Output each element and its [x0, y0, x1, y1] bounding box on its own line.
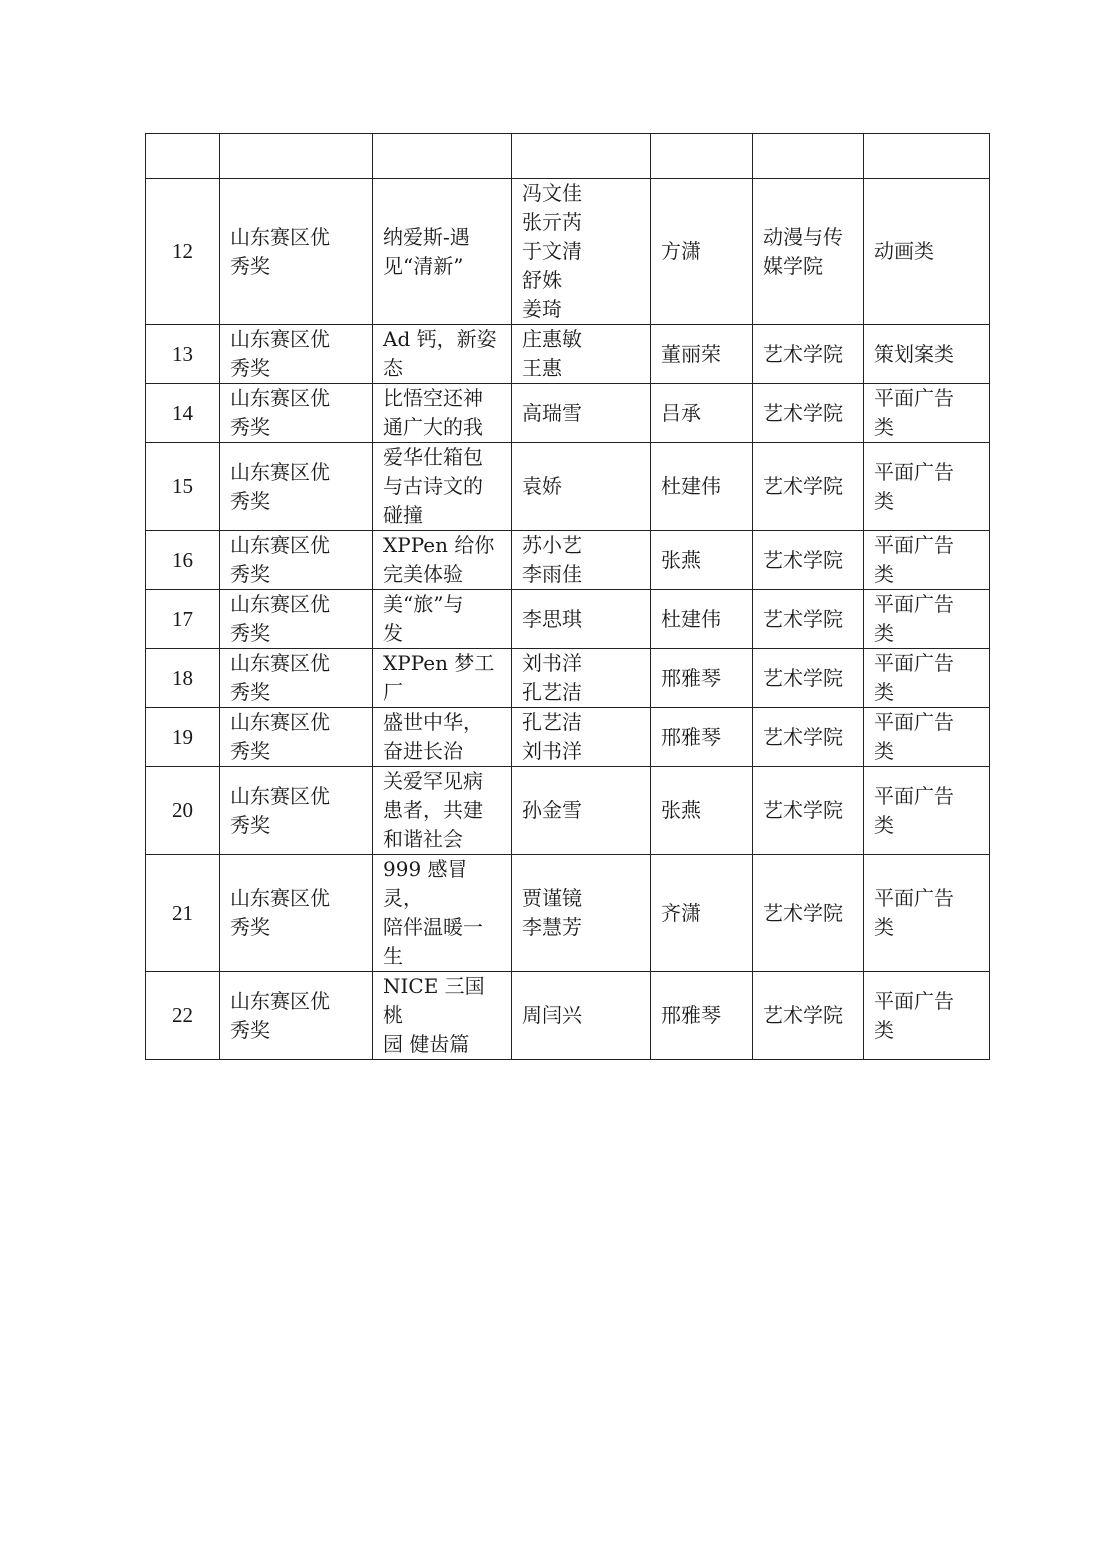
college-name-cell: 艺术学院	[753, 443, 864, 531]
row-number-cell: 13	[146, 325, 220, 384]
work-title-cell: NICE 三国桃 园 健齿篇	[373, 972, 512, 1060]
advisor-name-cell: 张燕	[651, 767, 753, 855]
student-names-cell: 高瑞雪	[512, 384, 651, 443]
student-names-cell: 冯文佳 张亓芮 于文清 舒姝 姜琦	[512, 179, 651, 325]
award-level-cell: 山东赛区优 秀奖	[220, 384, 373, 443]
work-title-cell: 纳爱斯-遇 见“清新”	[373, 179, 512, 325]
award-level-cell: 山东赛区优 秀奖	[220, 179, 373, 325]
advisor-name-cell: 邢雅琴	[651, 649, 753, 708]
table-header-row	[146, 134, 990, 179]
college-name-cell: 艺术学院	[753, 708, 864, 767]
row-number-cell: 20	[146, 767, 220, 855]
table-row: 21山东赛区优 秀奖999 感冒灵， 陪伴温暖一 生贾谨镜 李慧芳齐潇艺术学院平…	[146, 855, 990, 972]
row-number-cell: 12	[146, 179, 220, 325]
college-name-cell: 艺术学院	[753, 855, 864, 972]
work-title-cell: 比悟空还神 通广大的我	[373, 384, 512, 443]
student-names-cell: 苏小艺 李雨佳	[512, 531, 651, 590]
document-page: 12山东赛区优 秀奖纳爱斯-遇 见“清新”冯文佳 张亓芮 于文清 舒姝 姜琦方潇…	[0, 0, 1102, 1559]
header-cell	[512, 134, 651, 179]
work-category-cell: 动画类	[864, 179, 990, 325]
college-name-cell: 艺术学院	[753, 325, 864, 384]
advisor-name-cell: 杜建伟	[651, 590, 753, 649]
table-row: 14山东赛区优 秀奖比悟空还神 通广大的我高瑞雪吕承艺术学院平面广告 类	[146, 384, 990, 443]
work-category-cell: 平面广告 类	[864, 972, 990, 1060]
table-row: 19山东赛区优 秀奖盛世中华， 奋进长治孔艺洁 刘书洋邢雅琴艺术学院平面广告 类	[146, 708, 990, 767]
student-names-cell: 李思琪	[512, 590, 651, 649]
college-name-cell: 艺术学院	[753, 590, 864, 649]
header-cell	[220, 134, 373, 179]
work-title-cell: 盛世中华， 奋进长治	[373, 708, 512, 767]
award-level-cell: 山东赛区优 秀奖	[220, 325, 373, 384]
student-names-cell: 刘书洋 孔艺洁	[512, 649, 651, 708]
student-names-cell: 孔艺洁 刘书洋	[512, 708, 651, 767]
work-category-cell: 平面广告 类	[864, 767, 990, 855]
row-number-cell: 17	[146, 590, 220, 649]
work-category-cell: 平面广告 类	[864, 531, 990, 590]
student-names-cell: 庄惠敏 王惠	[512, 325, 651, 384]
table-row: 20山东赛区优 秀奖关爱罕见病 患者，共建 和谐社会孙金雪张燕艺术学院平面广告 …	[146, 767, 990, 855]
work-title-cell: XPPen 给你 完美体验	[373, 531, 512, 590]
work-category-cell: 平面广告 类	[864, 384, 990, 443]
award-level-cell: 山东赛区优 秀奖	[220, 590, 373, 649]
award-level-cell: 山东赛区优 秀奖	[220, 708, 373, 767]
row-number-cell: 19	[146, 708, 220, 767]
header-cell	[373, 134, 512, 179]
award-level-cell: 山东赛区优 秀奖	[220, 972, 373, 1060]
work-title-cell: XPPen 梦工 厂	[373, 649, 512, 708]
advisor-name-cell: 方潇	[651, 179, 753, 325]
row-number-cell: 16	[146, 531, 220, 590]
table-row: 18山东赛区优 秀奖XPPen 梦工 厂刘书洋 孔艺洁邢雅琴艺术学院平面广告 类	[146, 649, 990, 708]
student-names-cell: 孙金雪	[512, 767, 651, 855]
college-name-cell: 艺术学院	[753, 384, 864, 443]
work-title-cell: 爱华仕箱包 与古诗文的 碰撞	[373, 443, 512, 531]
row-number-cell: 14	[146, 384, 220, 443]
college-name-cell: 艺术学院	[753, 972, 864, 1060]
work-category-cell: 平面广告 类	[864, 855, 990, 972]
student-names-cell: 袁娇	[512, 443, 651, 531]
advisor-name-cell: 邢雅琴	[651, 708, 753, 767]
table-row: 22山东赛区优 秀奖NICE 三国桃 园 健齿篇周闫兴邢雅琴艺术学院平面广告 类	[146, 972, 990, 1060]
college-name-cell: 艺术学院	[753, 531, 864, 590]
award-level-cell: 山东赛区优 秀奖	[220, 649, 373, 708]
header-cell	[753, 134, 864, 179]
advisor-name-cell: 张燕	[651, 531, 753, 590]
table-row: 17山东赛区优 秀奖美“旅”与 发李思琪杜建伟艺术学院平面广告 类	[146, 590, 990, 649]
advisor-name-cell: 杜建伟	[651, 443, 753, 531]
award-level-cell: 山东赛区优 秀奖	[220, 767, 373, 855]
work-category-cell: 平面广告 类	[864, 590, 990, 649]
header-cell	[146, 134, 220, 179]
work-title-cell: Ad 钙，新姿 态	[373, 325, 512, 384]
award-level-cell: 山东赛区优 秀奖	[220, 855, 373, 972]
row-number-cell: 21	[146, 855, 220, 972]
college-name-cell: 艺术学院	[753, 767, 864, 855]
award-level-cell: 山东赛区优 秀奖	[220, 531, 373, 590]
row-number-cell: 15	[146, 443, 220, 531]
table-row: 12山东赛区优 秀奖纳爱斯-遇 见“清新”冯文佳 张亓芮 于文清 舒姝 姜琦方潇…	[146, 179, 990, 325]
work-category-cell: 平面广告 类	[864, 649, 990, 708]
row-number-cell: 18	[146, 649, 220, 708]
table-row: 13山东赛区优 秀奖Ad 钙，新姿 态庄惠敏 王惠董丽荣艺术学院策划案类	[146, 325, 990, 384]
advisor-name-cell: 齐潇	[651, 855, 753, 972]
award-level-cell: 山东赛区优 秀奖	[220, 443, 373, 531]
work-category-cell: 策划案类	[864, 325, 990, 384]
work-title-cell: 关爱罕见病 患者，共建 和谐社会	[373, 767, 512, 855]
student-names-cell: 贾谨镜 李慧芳	[512, 855, 651, 972]
work-title-cell: 美“旅”与 发	[373, 590, 512, 649]
student-names-cell: 周闫兴	[512, 972, 651, 1060]
header-cell	[864, 134, 990, 179]
advisor-name-cell: 邢雅琴	[651, 972, 753, 1060]
work-category-cell: 平面广告 类	[864, 443, 990, 531]
advisor-name-cell: 吕承	[651, 384, 753, 443]
work-title-cell: 999 感冒灵， 陪伴温暖一 生	[373, 855, 512, 972]
header-cell	[651, 134, 753, 179]
awards-table: 12山东赛区优 秀奖纳爱斯-遇 见“清新”冯文佳 张亓芮 于文清 舒姝 姜琦方潇…	[145, 133, 990, 1060]
college-name-cell: 动漫与传 媒学院	[753, 179, 864, 325]
advisor-name-cell: 董丽荣	[651, 325, 753, 384]
row-number-cell: 22	[146, 972, 220, 1060]
college-name-cell: 艺术学院	[753, 649, 864, 708]
table-row: 15山东赛区优 秀奖爱华仕箱包 与古诗文的 碰撞袁娇杜建伟艺术学院平面广告 类	[146, 443, 990, 531]
table-row: 16山东赛区优 秀奖XPPen 给你 完美体验苏小艺 李雨佳张燕艺术学院平面广告…	[146, 531, 990, 590]
work-category-cell: 平面广告 类	[864, 708, 990, 767]
